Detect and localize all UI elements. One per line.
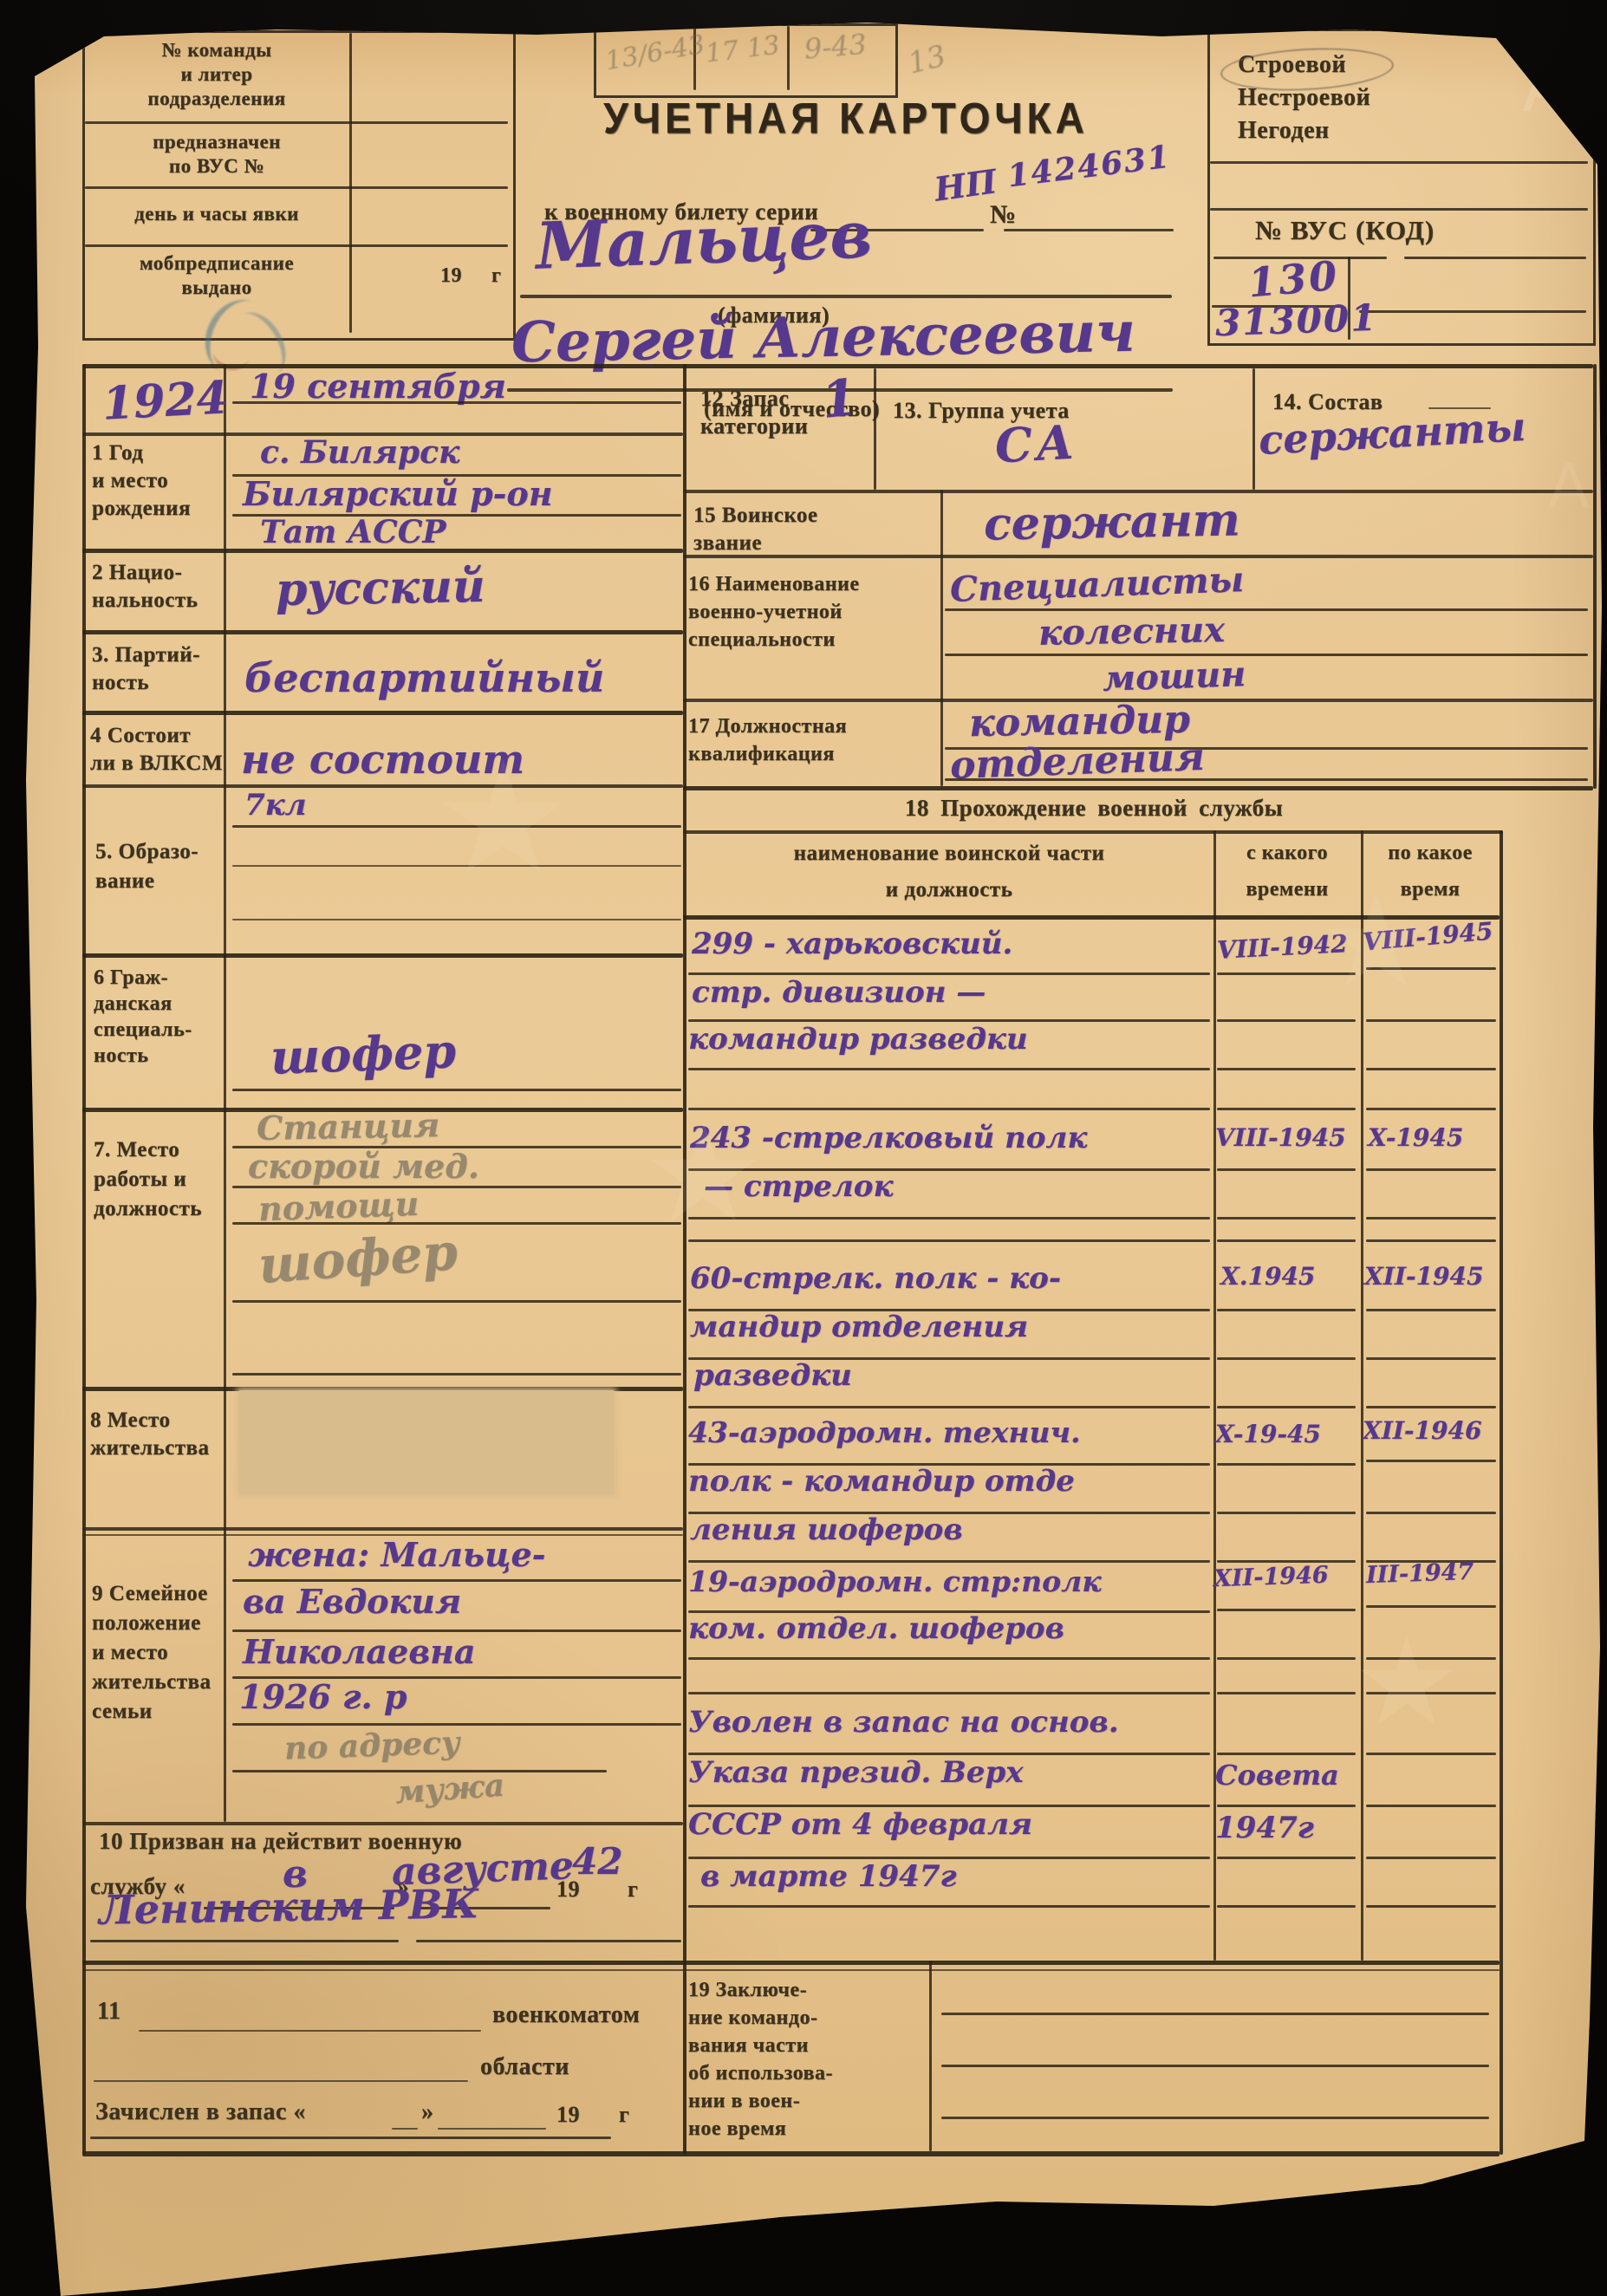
- rule-line: [416, 1940, 681, 1942]
- rule-line: [1217, 1692, 1356, 1694]
- service-to: XII-1946: [1363, 1418, 1481, 1443]
- rule-line: [0, 0, 139, 2]
- table-header-to: по какое: [1363, 842, 1498, 864]
- service-to: III-1947: [1366, 1560, 1474, 1589]
- command-box-label: выдано: [85, 277, 348, 298]
- field8-label: 8 Место: [90, 1409, 170, 1432]
- command-box-label: по ВУС №: [85, 156, 348, 177]
- field16-label: военно-учетной: [688, 602, 843, 623]
- pencil-scribble: 13: [905, 41, 949, 80]
- field11-label: г: [619, 2103, 629, 2126]
- table-header-unit: и должность: [688, 879, 1210, 901]
- field7-label: 7. Место: [94, 1139, 179, 1161]
- field16-value: колесних: [1038, 612, 1226, 652]
- rule-line: [1217, 1753, 1356, 1755]
- field7-value: помощи: [257, 1187, 419, 1226]
- field16-value: мошин: [1102, 656, 1246, 698]
- field9-label: положение: [92, 1612, 201, 1635]
- service-from: XII-1946: [1213, 1564, 1329, 1592]
- field9-label: семьи: [92, 1701, 153, 1723]
- field3-value: беспартийный: [244, 657, 604, 699]
- service-note-extra: Совета: [1215, 1761, 1339, 1791]
- command-box-label: и литер: [85, 64, 348, 85]
- rule-line: [1366, 1460, 1496, 1462]
- service-to: XII-1945: [1364, 1264, 1483, 1289]
- rule-line: [1217, 1357, 1356, 1360]
- field11-label: Зачислен в запас «: [95, 2099, 306, 2124]
- rule-line: [688, 1905, 1210, 1908]
- field6-label: специаль-: [94, 1019, 192, 1041]
- field4-label: ли в ВЛКСМ: [90, 752, 223, 775]
- rule-line: [90, 2137, 611, 2139]
- table-header-from: с какого: [1215, 842, 1359, 864]
- watermark-letter: А: [1548, 451, 1590, 522]
- watermark-star-icon: ★: [1352, 1612, 1461, 1753]
- rule-line: [1366, 1168, 1496, 1171]
- label-column-divider: [224, 364, 226, 1822]
- field1-label: и место: [92, 470, 168, 492]
- service-unit: стр. дивизион —: [692, 978, 986, 1009]
- service-unit: 43-аэродромн. технич.: [688, 1418, 1081, 1448]
- pencil-scribble: 9-43: [803, 30, 869, 65]
- rule-line: [85, 121, 508, 124]
- service-note: СССР от 4 февраля: [688, 1810, 1032, 1841]
- field9-label: и место: [92, 1642, 168, 1664]
- frame-line: [82, 2151, 1500, 2156]
- rule-line: [683, 786, 1593, 790]
- service-unit: ления шоферов: [690, 1515, 963, 1546]
- watermark-star-icon: ★: [433, 728, 573, 909]
- field7-label: работы и: [94, 1168, 186, 1191]
- rule-line: [945, 778, 1588, 781]
- service-to: X-1945: [1368, 1125, 1463, 1150]
- section19-label: 19 Заключе-: [688, 1980, 807, 2001]
- field7-value: шофер: [257, 1226, 459, 1292]
- service-from: VIII-1945: [1215, 1125, 1346, 1150]
- section19-divider: [929, 1961, 932, 2151]
- rule-line: [688, 1217, 1210, 1220]
- rule-line: [1217, 1805, 1356, 1807]
- command-box-label: № команды: [85, 40, 348, 61]
- service-note-extra: 1947г: [1215, 1813, 1314, 1844]
- rule-line: [438, 2128, 546, 2130]
- field1-label: 1 Год: [92, 442, 143, 465]
- field9-label: 9 Семейное: [92, 1583, 208, 1605]
- rule-line: [1366, 1357, 1496, 1360]
- section19-label: нии в воен-: [688, 2091, 800, 2112]
- field-divider: [874, 368, 876, 490]
- field12-label: категории: [700, 414, 808, 438]
- service-unit: ком. отдел. шоферов: [688, 1614, 1064, 1645]
- rule-line: [232, 1373, 681, 1376]
- service-note: Указа презид. Верх: [688, 1758, 1023, 1789]
- billet-series-value: НП: [933, 164, 999, 206]
- rule-line: [1217, 1108, 1356, 1110]
- rule-line: [232, 1222, 681, 1225]
- frame-line: [1593, 364, 1597, 789]
- rule-line: [688, 1657, 1210, 1660]
- billet-number-sign: №: [990, 201, 1017, 229]
- rule-line: [82, 784, 683, 788]
- field4-label: 4 Состоит: [90, 725, 191, 747]
- field9-label: жительства: [92, 1671, 211, 1694]
- section19-label: ное время: [688, 2118, 786, 2140]
- vus-code-value-2: 313001: [1214, 299, 1378, 343]
- rule-line: [1217, 1905, 1356, 1908]
- rule-line: [1217, 1019, 1356, 1022]
- field5-label: вание: [95, 870, 154, 893]
- watermark-star-icon: ★: [1317, 867, 1434, 1018]
- service-unit: 299 - харьковский.: [692, 929, 1012, 960]
- field9-value: жена: Мальце-: [248, 1538, 545, 1572]
- rule-line: [232, 1300, 681, 1303]
- rule-line: [1366, 1605, 1496, 1608]
- rule-line: [1366, 1512, 1496, 1514]
- rule-line: [1366, 1406, 1496, 1408]
- rule-line: [0, 2, 143, 3]
- page-title: УЧЕТНАЯ КАРТОЧКА: [537, 95, 1155, 140]
- service-note: Уволен в запас на основ.: [688, 1707, 1119, 1739]
- field1-label: рождения: [92, 498, 191, 520]
- field9-value: Николаевна: [243, 1635, 476, 1669]
- field10-label: г: [628, 1877, 638, 1901]
- command-box-label: мобпредписание: [85, 253, 348, 274]
- rule-line: [688, 1406, 1210, 1408]
- field1-value: Тат АССР: [260, 517, 446, 550]
- field16-value: Специалисты: [949, 562, 1245, 608]
- rule-line: [1366, 1217, 1496, 1220]
- section19-label: об использова-: [688, 2063, 833, 2085]
- field11-number: 11: [97, 1999, 120, 2024]
- service-unit: 60-стрелк. полк - ко-: [690, 1264, 1061, 1295]
- scanned-card-page: № команды и литер подразделения предназн…: [0, 0, 1607, 2296]
- rule-line: [0, 3, 143, 5]
- field6-value: шофер: [270, 1026, 457, 1082]
- rule-line: [945, 608, 1588, 611]
- field9-pencil-value: по адресу: [283, 1727, 460, 1766]
- field2-value: русский: [276, 563, 486, 615]
- rule-line: [82, 630, 683, 634]
- field15-label: звание: [693, 532, 762, 555]
- rule-line: [82, 1822, 683, 1825]
- field11-label: области: [480, 2054, 569, 2079]
- field15-value: сержант: [984, 497, 1241, 549]
- rule-line: [94, 2080, 468, 2082]
- field5-label: 5. Образо-: [95, 841, 198, 863]
- name-patronymic-handwritten: Сергей Алексеевич: [511, 303, 1135, 373]
- watermark-star-icon: ★: [641, 1092, 765, 1254]
- field12-value: 1: [819, 371, 860, 427]
- rule-line: [1366, 1309, 1496, 1311]
- surname-handwritten: Мальцев: [535, 202, 873, 281]
- rule-line: [688, 1068, 1210, 1070]
- rule-line: [1404, 257, 1586, 259]
- rule-line: [90, 1940, 399, 1942]
- frame-line: [683, 364, 686, 2155]
- field16-label: специальности: [688, 629, 836, 651]
- card-paper: № команды и литер подразделения предназн…: [0, 0, 1607, 2296]
- billet-number-value: 1424631: [1005, 141, 1173, 194]
- rule-line: [1366, 1857, 1496, 1859]
- fitness-option-negoden: Негоден: [1238, 118, 1330, 143]
- field11-label: »: [421, 2099, 434, 2124]
- rule-line: [82, 1961, 1500, 1965]
- rule-line: [82, 1527, 683, 1531]
- rule-line: [688, 1108, 1210, 1110]
- field14-value: сержанты: [1258, 406, 1526, 461]
- rule-line: [1217, 1068, 1356, 1070]
- command-box-divider: [349, 33, 352, 333]
- field9-pencil-value: мужа: [394, 1770, 505, 1811]
- rule-line: [85, 186, 508, 189]
- field1-value: Билярский р-он: [243, 477, 552, 511]
- table-header-unit: наименование воинской части: [688, 842, 1210, 865]
- rule-line: [1217, 1309, 1356, 1311]
- year-suffix: г: [491, 265, 501, 287]
- field5-value: 7кл: [244, 790, 307, 822]
- rule-line: [232, 401, 681, 404]
- field7-value: Станция: [257, 1108, 440, 1146]
- fitness-option-nestroevoy: Нестроевой: [1238, 85, 1370, 110]
- rule-line: [945, 654, 1588, 656]
- field2-label: нальность: [92, 589, 198, 612]
- table-right-border: [1500, 830, 1503, 2155]
- field10-label: 19: [556, 1877, 580, 1901]
- field9-value: 1926 г. р: [239, 1680, 407, 1714]
- field8-label: жительства: [90, 1437, 210, 1460]
- rule-line: [1217, 1657, 1356, 1660]
- rule-line: [82, 711, 683, 715]
- rule-line: [1210, 208, 1588, 211]
- field17-label: квалификация: [688, 744, 835, 765]
- rule-line: [1366, 1019, 1496, 1022]
- section19-label: ние командо-: [688, 2007, 818, 2029]
- service-unit: мандир отделения: [690, 1312, 1028, 1343]
- field11-label: 19: [556, 2103, 580, 2126]
- field9-value: ва Евдокия: [243, 1584, 461, 1619]
- rule-line: [1217, 1217, 1356, 1220]
- rule-line: [1217, 1239, 1356, 1242]
- field7-label: должность: [94, 1198, 202, 1220]
- rule-line: [1359, 310, 1586, 313]
- rule-line: [1366, 1805, 1496, 1807]
- service-from: X-19-45: [1215, 1421, 1321, 1447]
- field6-label: ность: [94, 1045, 148, 1067]
- field14-label: 14. Состав: [1272, 390, 1383, 413]
- field10-year-hw: 42: [572, 1843, 622, 1881]
- rule-line: [941, 2013, 1489, 2015]
- service-unit: разведки: [693, 1361, 852, 1392]
- service-unit: полк - командир отде: [688, 1467, 1075, 1498]
- field15-label: 15 Воинское: [693, 504, 818, 527]
- command-box-label: подразделения: [85, 88, 348, 109]
- rule-line: [688, 1239, 1210, 1242]
- field16-label: 16 Наименование: [688, 574, 860, 595]
- field3-label: ность: [92, 672, 149, 694]
- rule-line: [1366, 1108, 1496, 1110]
- field6-label: данская: [94, 993, 172, 1015]
- rule-line: [1217, 1168, 1356, 1171]
- rule-line: [85, 244, 508, 247]
- birth-year-value: 1924: [101, 374, 229, 428]
- field10-rvk-hw: Ленинским РВК: [99, 1883, 479, 1931]
- rule-line: [82, 549, 683, 553]
- service-unit: 19-аэродромн. стр:полк: [688, 1567, 1102, 1597]
- rule-line: [232, 1089, 681, 1091]
- rule-line: [1217, 1857, 1356, 1859]
- rule-line: [1210, 161, 1588, 164]
- watermark-letter: А: [1522, 43, 1571, 128]
- vus-code-label: № ВУС (КОД): [1255, 217, 1435, 245]
- service-unit: командир разведки: [688, 1024, 1028, 1056]
- redaction-block: [239, 1390, 614, 1494]
- section19-label: вания части: [688, 2035, 809, 2057]
- rule-line: [1366, 1905, 1496, 1908]
- rule-line: [1004, 229, 1174, 231]
- rule-line: [1217, 1406, 1356, 1408]
- rule-line: [688, 1692, 1210, 1694]
- rule-line: [683, 490, 1593, 493]
- rule-line: [0, 5, 76, 7]
- field6-label: 6 Граж-: [94, 967, 168, 989]
- field1-value: с. Билярск: [260, 437, 459, 470]
- rule-line: [941, 2117, 1489, 2119]
- rule-line: [1366, 1068, 1496, 1070]
- field2-label: 2 Нацио-: [92, 562, 182, 584]
- field7-value: скорой мед.: [248, 1149, 479, 1184]
- field13-value: СА: [994, 418, 1079, 472]
- field12-label: 12 Запас: [700, 387, 789, 410]
- rule-line: [683, 555, 1593, 558]
- service-from: X.1945: [1220, 1264, 1315, 1289]
- field3-label: 3. Партий-: [92, 644, 200, 667]
- rule-line: [1366, 1239, 1496, 1242]
- rule-line: [232, 919, 681, 920]
- section18-title: 18 Прохождение военной службы: [685, 796, 1503, 820]
- rule-line: [688, 1560, 1210, 1563]
- birth-date-value: 19 сентября: [250, 369, 506, 404]
- rule-line: [82, 1969, 1500, 1971]
- command-box-label: предназначен: [85, 132, 348, 153]
- rule-line: [683, 830, 1503, 834]
- command-box-label: день и часы явки: [85, 204, 348, 224]
- rule-line: [520, 295, 1172, 298]
- vus-code-value: 130: [1246, 255, 1341, 304]
- stamp-box-divider: [787, 26, 790, 90]
- rule-line: [392, 2128, 418, 2130]
- service-note: в марте 1947г: [700, 1862, 957, 1893]
- rule-line: [1217, 1463, 1356, 1466]
- rule-line: [82, 953, 683, 958]
- rule-line: [1217, 1609, 1356, 1611]
- field-divider: [1252, 368, 1255, 490]
- field17-label: 17 Должностная: [688, 716, 847, 738]
- rule-line: [139, 2030, 481, 2032]
- field11-label: военкоматом: [492, 2002, 640, 2027]
- rule-line: [1217, 1512, 1356, 1514]
- year-prefix: 19: [440, 265, 462, 287]
- field-divider: [940, 490, 943, 786]
- rule-line: [941, 2065, 1489, 2067]
